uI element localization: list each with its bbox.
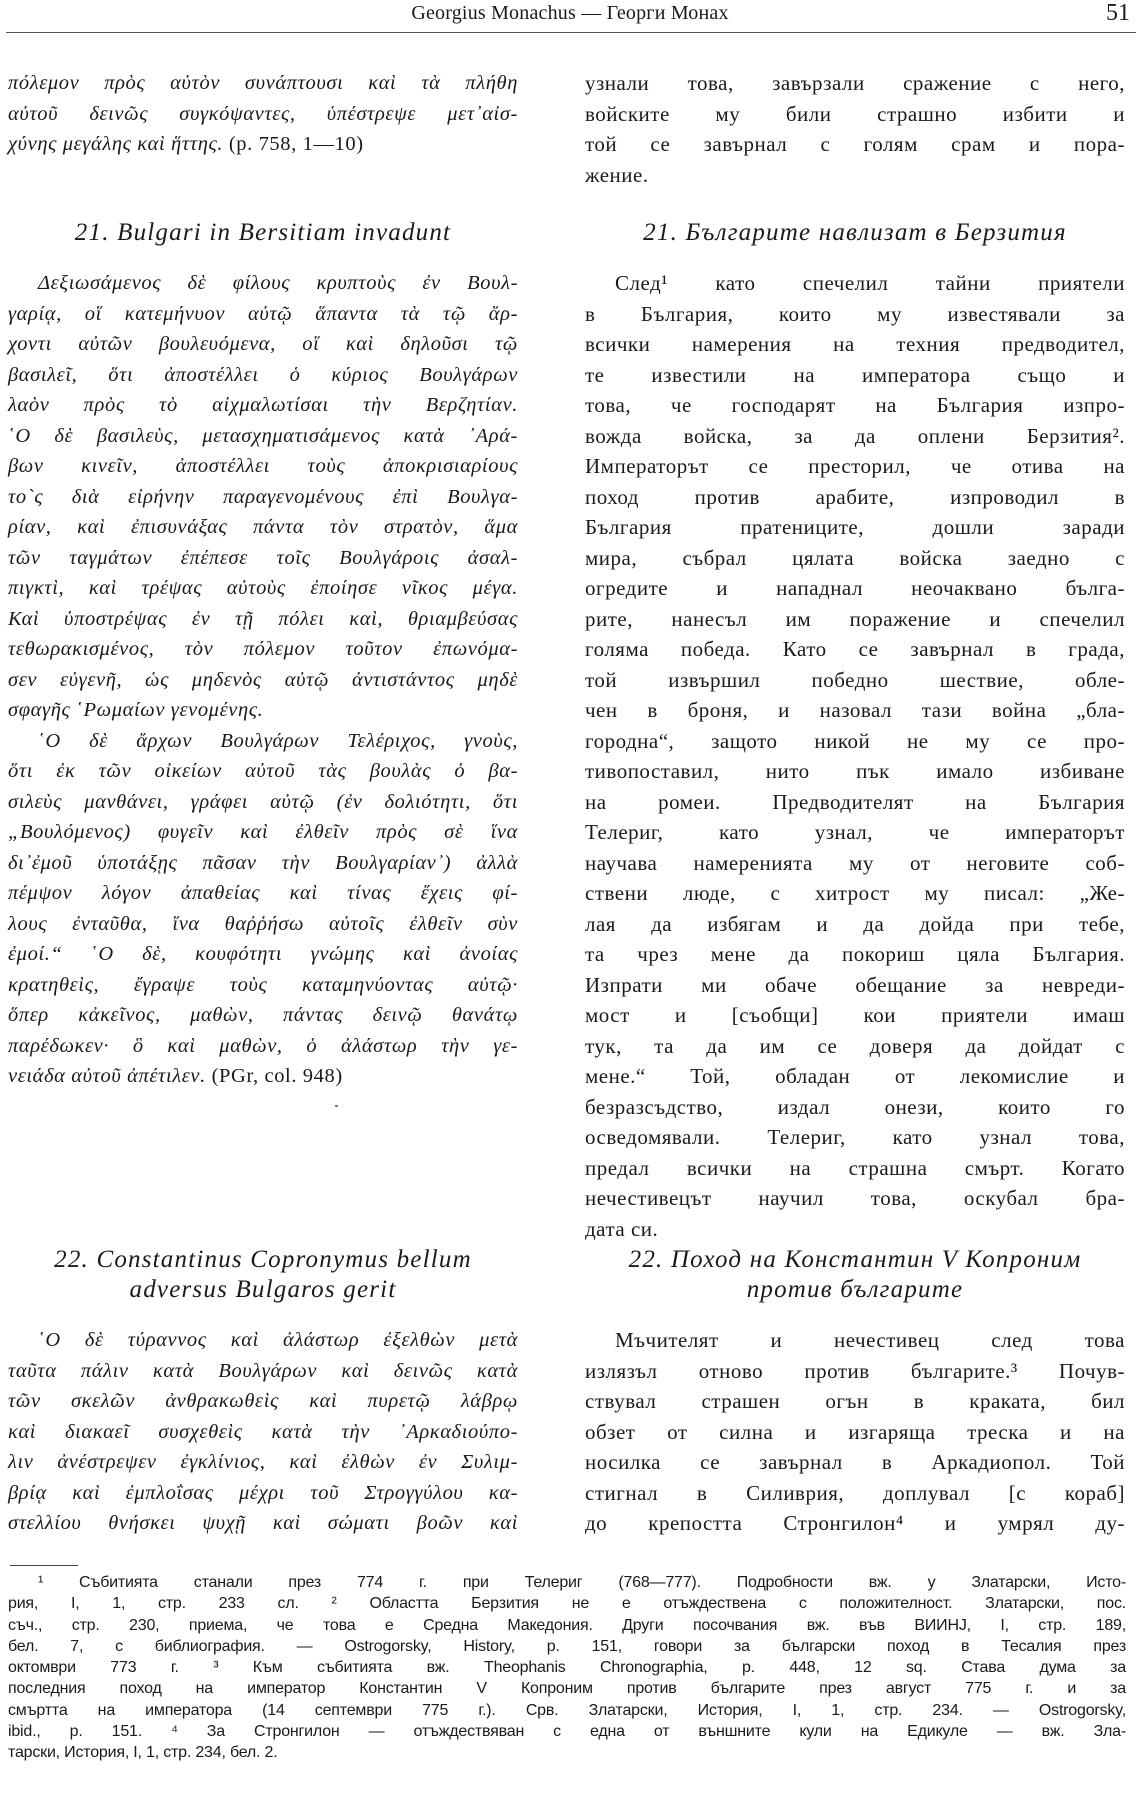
text-line: λαὸν πρὸς τὸ αἰχμαλωτίσαι τὴν Βερζητίαν. bbox=[8, 390, 518, 421]
text-line: το`ς διὰ εἰρήνην παραγενομένους ἐπὶ Βουλ… bbox=[8, 482, 518, 513]
print-speck bbox=[335, 1105, 338, 1107]
text-line: Δεξιωσάμενος δὲ φίλους κρυπτοὺς ἐν Βουλ- bbox=[8, 268, 518, 299]
heading-line: adversus Bulgaros gerit bbox=[8, 1275, 518, 1305]
text-line: Изпрати ми обаче обещание за невреди- bbox=[585, 970, 1125, 1001]
text-line: ствени люде, с хитрост му писал: „Же- bbox=[585, 878, 1125, 909]
source-reference: (p. 758, 1—10) bbox=[229, 133, 364, 155]
footnote-line: рия, I, 1, стр. 233 сл. ² Областта Берзи… bbox=[8, 1593, 1126, 1614]
text-line: дата си. bbox=[585, 1214, 1125, 1245]
text-line: παρέδωκεν· ὃ καὶ μαθὼν, ὁ ἀλάστωρ τὴν γε… bbox=[8, 1031, 518, 1062]
text-line: ὅτι ἐκ τῶν οἰκείων αὐτοῦ τὰς βουλὰς ὁ βα… bbox=[8, 756, 518, 787]
text-line: тук, та да им се доверя да дойдат с bbox=[585, 1031, 1125, 1062]
text-line: тивопоставил, нито пък имало избиване bbox=[585, 756, 1125, 787]
text-line: България пратениците, дошли заради bbox=[585, 512, 1125, 543]
footnote-line: смъртта на императора (14 септември 775 … bbox=[8, 1700, 1126, 1721]
text-line: βρίᾳ καὶ ἐμπλοΐσας μέχρι τοῦ Στρογγύλου … bbox=[8, 1478, 518, 1509]
bulgarian-continuation: узнали това, завързали сражение с него, … bbox=[585, 68, 1125, 190]
text-line: на ромеи. Предводителят на България bbox=[585, 787, 1125, 818]
text-line: научава намеренията му от неговите соб- bbox=[585, 848, 1125, 879]
text-line: στελλίου θνήσκει ψυχῇ καὶ σώματι βοῶν κα… bbox=[8, 1508, 518, 1539]
text-line: мира, събрал цялата войска заедно с bbox=[585, 543, 1125, 574]
text-line: той извършил победно шествие, обле- bbox=[585, 665, 1125, 696]
text-line: ῾Ο δὲ ἄρχων Βουλγάρων Τελέριχος, γνοὺς, bbox=[8, 726, 518, 757]
footnote-line: последния поход на император Константин … bbox=[8, 1678, 1126, 1699]
footnotes: ¹ Събитията станали през 774 г. при Теле… bbox=[8, 1572, 1126, 1764]
text-line: ῾Ο δὲ τύραννος καὶ ἀλάστωρ ἐξελθὼν μετὰ bbox=[8, 1325, 518, 1356]
section-21-bulgarian-text: След¹ като спечелил тайни приятели в Бъл… bbox=[585, 268, 1125, 1244]
text-line: носилка се завърнал в Аркадиопол. Той bbox=[585, 1447, 1125, 1478]
source-reference: (PGr, col. 948) bbox=[212, 1065, 343, 1087]
text-line: След¹ като спечелил тайни приятели bbox=[585, 268, 1125, 299]
section-22-heading-bulgarian: 22. Поход на Константин V Копроним проти… bbox=[585, 1245, 1125, 1305]
section-22-greek-text: ῾Ο δὲ τύραννος καὶ ἀλάστωρ ἐξελθὼν μετὰ … bbox=[8, 1325, 518, 1539]
running-title: Georgius Monachus — Георги Монах bbox=[0, 2, 1140, 25]
text-line: ῾Ο δὲ βασιλεὺς, μετασχηματισάμενος κατὰ … bbox=[8, 421, 518, 452]
text-line: σεν εὐγενῆ, ὡς μηδενὸς αὐτῷ ἀντιστάντος … bbox=[8, 665, 518, 696]
text-line: чен в броня, и назовал тази война „бла- bbox=[585, 695, 1125, 726]
footnote-line: съч., стр. 230, приема, че това е Средна… bbox=[8, 1615, 1126, 1636]
text-line: осведомявали. Телериг, като узнал това, bbox=[585, 1122, 1125, 1153]
footnote-line: ibid., p. 151. ⁴ За Стронгилон — отъждес… bbox=[8, 1721, 1126, 1742]
footnote-line: ¹ Събитията станали през 774 г. при Теле… bbox=[8, 1572, 1126, 1593]
text-line: ἐμοί.“ ῾Ο δὲ, κουφότητι γνώμης καὶ ἀνοία… bbox=[8, 939, 518, 970]
text-line: предал всички на страшна смърт. Когато bbox=[585, 1153, 1125, 1184]
text-line: ствувал страшен огън в краката, бил bbox=[585, 1386, 1125, 1417]
text-line: всички намерения на техния предводител, bbox=[585, 329, 1125, 360]
text-line: Мъчителят и нечестивец след това bbox=[585, 1325, 1125, 1356]
page-number: 51 bbox=[1106, 0, 1130, 27]
text-line: нечестивецът научил това, оскубал бра- bbox=[585, 1183, 1125, 1214]
text-line: вожда войска, за да оплени Берзития². bbox=[585, 421, 1125, 452]
text-line: καὶ διακαεῖ συσχεθεὶς κατὰ τὴν ᾿Αρκαδιού… bbox=[8, 1417, 518, 1448]
text-line: мене.“ Той, обладан от лекомислие и bbox=[585, 1061, 1125, 1092]
text-line: ρίαν, καὶ ἐπισυνάξας πάντα τὸν στρατὸν, … bbox=[8, 512, 518, 543]
text-line: войските му били страшно избити и bbox=[585, 99, 1125, 130]
text-line: γαρίᾳ, οἵ κατεμήνυον αὐτῷ ἅπαντα τὰ τῷ ἄ… bbox=[8, 299, 518, 330]
text-line: λους ἐνταῦθα, ἵνα θαῤῥήσω αὐτοῖς ἐλθεῖν … bbox=[8, 909, 518, 940]
text-line: поход против арабите, изпроводил в bbox=[585, 482, 1125, 513]
text-line: αὐτοῦ δεινῶς συγκόψαντες, ὑπέστρεψε μετ᾽… bbox=[8, 99, 518, 130]
section-21-greek-text: Δεξιωσάμενος δὲ φίλους κρυπτοὺς ἐν Βουλ-… bbox=[8, 268, 518, 1092]
text-line: βασιλεῖ, ὅτι ἀποστέλλει ὁ κύριος Βουλγάρ… bbox=[8, 360, 518, 391]
text-line: городна“, защото никой не му се про- bbox=[585, 726, 1125, 757]
footnote-line: тарски, История, I, 1, стр. 234, бел. 2. bbox=[8, 1742, 1126, 1763]
text-line: χοντι αὐτῶν βουλευόμενα, οἵ καὶ δηλοῦσι … bbox=[8, 329, 518, 360]
text-line: Императорът се престорил, че отива на bbox=[585, 451, 1125, 482]
header-rule bbox=[6, 32, 1136, 33]
section-22-bulgarian-text: Мъчителят и нечестивец след това излязъл… bbox=[585, 1325, 1125, 1539]
text-line: πιγκτὶ, καὶ τρέψας αὐτοὺς ἐποίησε νῖκος … bbox=[8, 573, 518, 604]
section-21-heading-latin: 21. Bulgari in Bersitiam invadunt bbox=[8, 218, 518, 248]
text-line: τῶν ταγμάτων ἐπέπεσε τοῖς Βουλγάροις ἀσα… bbox=[8, 543, 518, 574]
heading-line: против българите bbox=[585, 1275, 1125, 1305]
text-line: τεθωρακισμένος, τὸν πόλεμον τοῦτον ἐπωνό… bbox=[8, 634, 518, 665]
text-line: излязъл отново против българите.³ Почув- bbox=[585, 1356, 1125, 1387]
text-line: мост и [съобщи] кои приятели имаш bbox=[585, 1000, 1125, 1031]
text-line: рите, нанесъл им поражение и спечелил bbox=[585, 604, 1125, 635]
text-line: до крепостта Стронгилон⁴ и умрял ду- bbox=[585, 1508, 1125, 1539]
text-line: βων κινεῖν, ἀποστέλλει τοὺς ἀποκρισιαρίο… bbox=[8, 451, 518, 482]
text-line: обзет от силна и изгаряща треска и на bbox=[585, 1417, 1125, 1448]
text-line: ταῦτα πάλιν κατὰ Βουλγάρων καὶ δεινῶς κα… bbox=[8, 1356, 518, 1387]
text-line: δι᾽ἐμοῦ ὑποτάξῃς πᾶσαν τὴν Βουλγαρίαν᾽) … bbox=[8, 848, 518, 879]
footnote-line: октомври 773 г. ³ Към събитията вж. Theo… bbox=[8, 1657, 1126, 1678]
text-line: те известили на императора също и bbox=[585, 360, 1125, 391]
text-line: „Βουλόμενος) φυγεῖν καὶ ἐλθεῖν πρὸς σὲ ἵ… bbox=[8, 817, 518, 848]
text-line: узнали това, завързали сражение с него, bbox=[585, 68, 1125, 99]
heading-line: 22. Constantinus Copronymus bellum bbox=[8, 1245, 518, 1275]
text-line: Καὶ ὑποστρέψας ἐν τῇ πόλει καὶ, θριαμβεύ… bbox=[8, 604, 518, 635]
text-line: πέμψον λόγον ἀπαθείας καὶ τίνας ἔχεις φί… bbox=[8, 878, 518, 909]
footnote-rule bbox=[10, 1565, 78, 1566]
text-line: това, че господарят на България изпро- bbox=[585, 390, 1125, 421]
text-line: λιν ἀνέστρεψεν ἐγκλίνιος, καὶ ἐλθὼν ἐν Σ… bbox=[8, 1447, 518, 1478]
text-line: χύνης μεγάλης καὶ ἥττης. (p. 758, 1—10) bbox=[8, 129, 518, 160]
greek-continuation: πόλεμον πρὸς αὐτὸν συνάπτουσι καὶ τὰ πλή… bbox=[8, 68, 518, 160]
running-header: Georgius Monachus — Георги Монах 51 bbox=[0, 0, 1140, 30]
text-line: σφαγῆς ῾Ρωμαίων γενομένης. bbox=[8, 695, 518, 726]
text-line: Телериг, като узнал, че императорът bbox=[585, 817, 1125, 848]
text-line: ὅπερ κἀκεῖνος, μαθὼν, πάντας δεινῷ θανάτ… bbox=[8, 1000, 518, 1031]
text-line: безразсъдство, издал онези, които го bbox=[585, 1092, 1125, 1123]
section-21-heading-bulgarian: 21. Българите навлизат в Берзития bbox=[585, 218, 1125, 248]
text-line: огредите и нападнал неочаквано бълга- bbox=[585, 573, 1125, 604]
text-line: κρατηθεὶς, ἔγραψε τοὺς καταμηνύοντας αὐτ… bbox=[8, 970, 518, 1001]
text-line: νειάδα αὐτοῦ ἀπέτιλεν. (PGr, col. 948) bbox=[8, 1061, 518, 1092]
text-line: стигнал в Силиврия, доплувал [с кораб] bbox=[585, 1478, 1125, 1509]
text-line: лая да избягам и да дойда при тебе, bbox=[585, 909, 1125, 940]
text-line: та чрез мене да покориш цяла България. bbox=[585, 939, 1125, 970]
text-line: голяма победа. Като се завърнал в града, bbox=[585, 634, 1125, 665]
text-line: той се завърнал с голям срам и пора- bbox=[585, 129, 1125, 160]
text-line: πόλεμον πρὸς αὐτὸν συνάπτουσι καὶ τὰ πλή… bbox=[8, 68, 518, 99]
heading-line: 22. Поход на Константин V Копроним bbox=[585, 1245, 1125, 1275]
text-line: σιλεὺς μανθάνει, γράφει αὐτῷ (ἐν δολιότη… bbox=[8, 787, 518, 818]
text-line: жение. bbox=[585, 160, 1125, 191]
text-line: в България, които му известявали за bbox=[585, 299, 1125, 330]
footnote-line: бел. 7, с библиография. — Ostrogorsky, H… bbox=[8, 1636, 1126, 1657]
section-22-heading-latin: 22. Constantinus Copronymus bellum adver… bbox=[8, 1245, 518, 1305]
text-line: τῶν σκελῶν ἀνθρακωθεὶς καὶ πυρετῷ λάβρῳ bbox=[8, 1386, 518, 1417]
